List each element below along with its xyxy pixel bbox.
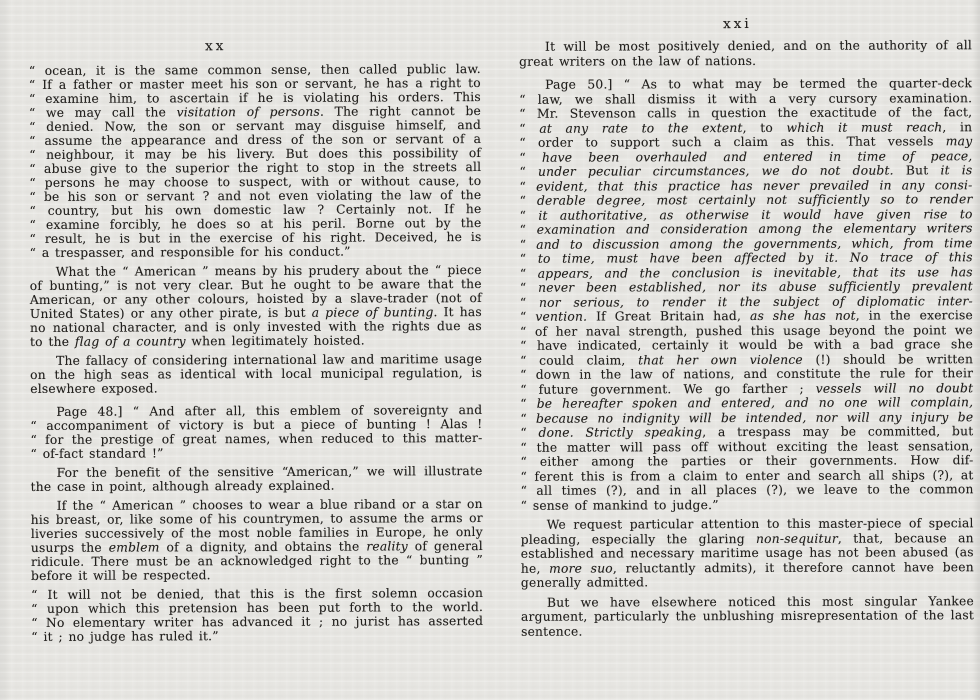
quoted-line: “ for the prestige of great names, when …: [30, 431, 482, 447]
quoted-line: “ never been established, nor its abuse …: [520, 279, 973, 295]
quoted-line: “ and to discussion among the government…: [520, 236, 973, 252]
quoted-line: “ ferent this is from a claim to enter a…: [520, 468, 973, 484]
scanned-book-spread: { "colors": { "paper": "#e7e6e2", "ink":…: [0, 0, 980, 700]
quoted-line: “ future government. We go farther ; ves…: [520, 381, 973, 397]
quoted-line: “ of-fact standard !”: [30, 445, 482, 461]
quoted-line: “ sense of mankind to judge.”: [521, 497, 974, 513]
quoted-line: “ nor serious, to render it the subject …: [520, 294, 973, 310]
quoted-line: “ examination and consideration among th…: [520, 221, 973, 237]
paragraph: The fallacy of considering international…: [30, 352, 482, 396]
paragraph: We request particular attention to this …: [521, 516, 974, 590]
paragraph: “ It will not be denied, that this is th…: [31, 586, 483, 644]
quoted-line: “ derable degree, most certainly not suf…: [520, 192, 973, 208]
quoted-line: “ vention. If Great Britain had, as she …: [520, 308, 973, 324]
quoted-line: “ because no indignity will be intended,…: [520, 410, 973, 426]
quoted-line: “ order to support such a claim as this.…: [519, 134, 972, 150]
paragraph: Page 48.] “ And after all, this emblem o…: [30, 403, 482, 461]
left-page: xx “ ocean, it is the same common sense,…: [29, 37, 484, 649]
paragraph: “ ocean, it is the same common sense, th…: [29, 62, 482, 260]
quoted-line: “ evident, that this practice has never …: [519, 178, 972, 194]
paragraph: What the “ American ” means by his prude…: [30, 263, 482, 349]
paragraph: For the benefit of the sensitive “Americ…: [31, 464, 483, 494]
quoted-line: “ result, he is but in the exercise of h…: [30, 230, 482, 246]
quoted-line: “ the matter will pass off without excit…: [520, 439, 973, 455]
paragraph: If the “ American ” chooses to wear a bl…: [31, 497, 483, 583]
paragraph: It will be most positively denied, and o…: [519, 38, 972, 69]
quoted-line: “ either among the parties or their gove…: [520, 453, 973, 469]
quoted-line: “ Mr. Stevenson calls in question the ex…: [519, 105, 972, 121]
page-number: xxi: [519, 15, 972, 33]
quoted-line: “ a trespasser, and responsible for his …: [30, 244, 482, 260]
quoted-line: “ all times (?), and in all places (?), …: [521, 482, 974, 498]
quoted-line: “ to time, must have been affected by it…: [520, 250, 973, 266]
quoted-line: “ have indicated, certainly it would be …: [520, 337, 973, 353]
quoted-line: “ under peculiar circumstances, we do no…: [519, 163, 972, 179]
quoted-line: “ it ; no judge has ruled it.”: [31, 628, 483, 644]
quoted-line: “ have been overhauled and entered in ti…: [519, 149, 972, 165]
page-number: xx: [29, 37, 481, 55]
quoted-line: “ it authoritative, as otherwise it woul…: [520, 207, 973, 223]
quoted-line: “ at any rate to the extent, to which it…: [519, 120, 972, 136]
page-body-left: “ ocean, it is the same common sense, th…: [29, 62, 484, 644]
right-page: xxi It will be most positively denied, a…: [519, 15, 974, 644]
quoted-line: “ of her naval strength, pushed this usa…: [520, 323, 973, 339]
quoted-line: “ law, we shall dismiss it with a very c…: [519, 91, 972, 107]
quoted-line: “ appears, and the conclusion is inevita…: [520, 265, 973, 281]
quoted-line: “ could claim, that her own violence (!)…: [520, 352, 973, 368]
quoted-line: “ down in the law of nations, and consti…: [520, 366, 973, 382]
page-body-right: It will be most positively denied, and o…: [519, 38, 974, 639]
quoted-line: Page 50.] “ As to what may be termed the…: [519, 76, 972, 92]
paragraph: Page 50.] “ As to what may be termed the…: [519, 76, 974, 513]
quoted-line: “ done. Strictly speaking, a trespass ma…: [520, 424, 973, 440]
paragraph: But we have elsewhere noticed this most …: [521, 594, 974, 639]
quoted-line: “ No elementary writer has advanced it ;…: [31, 614, 483, 630]
quoted-line: “ be hereafter spoken and entered, and n…: [520, 395, 973, 411]
